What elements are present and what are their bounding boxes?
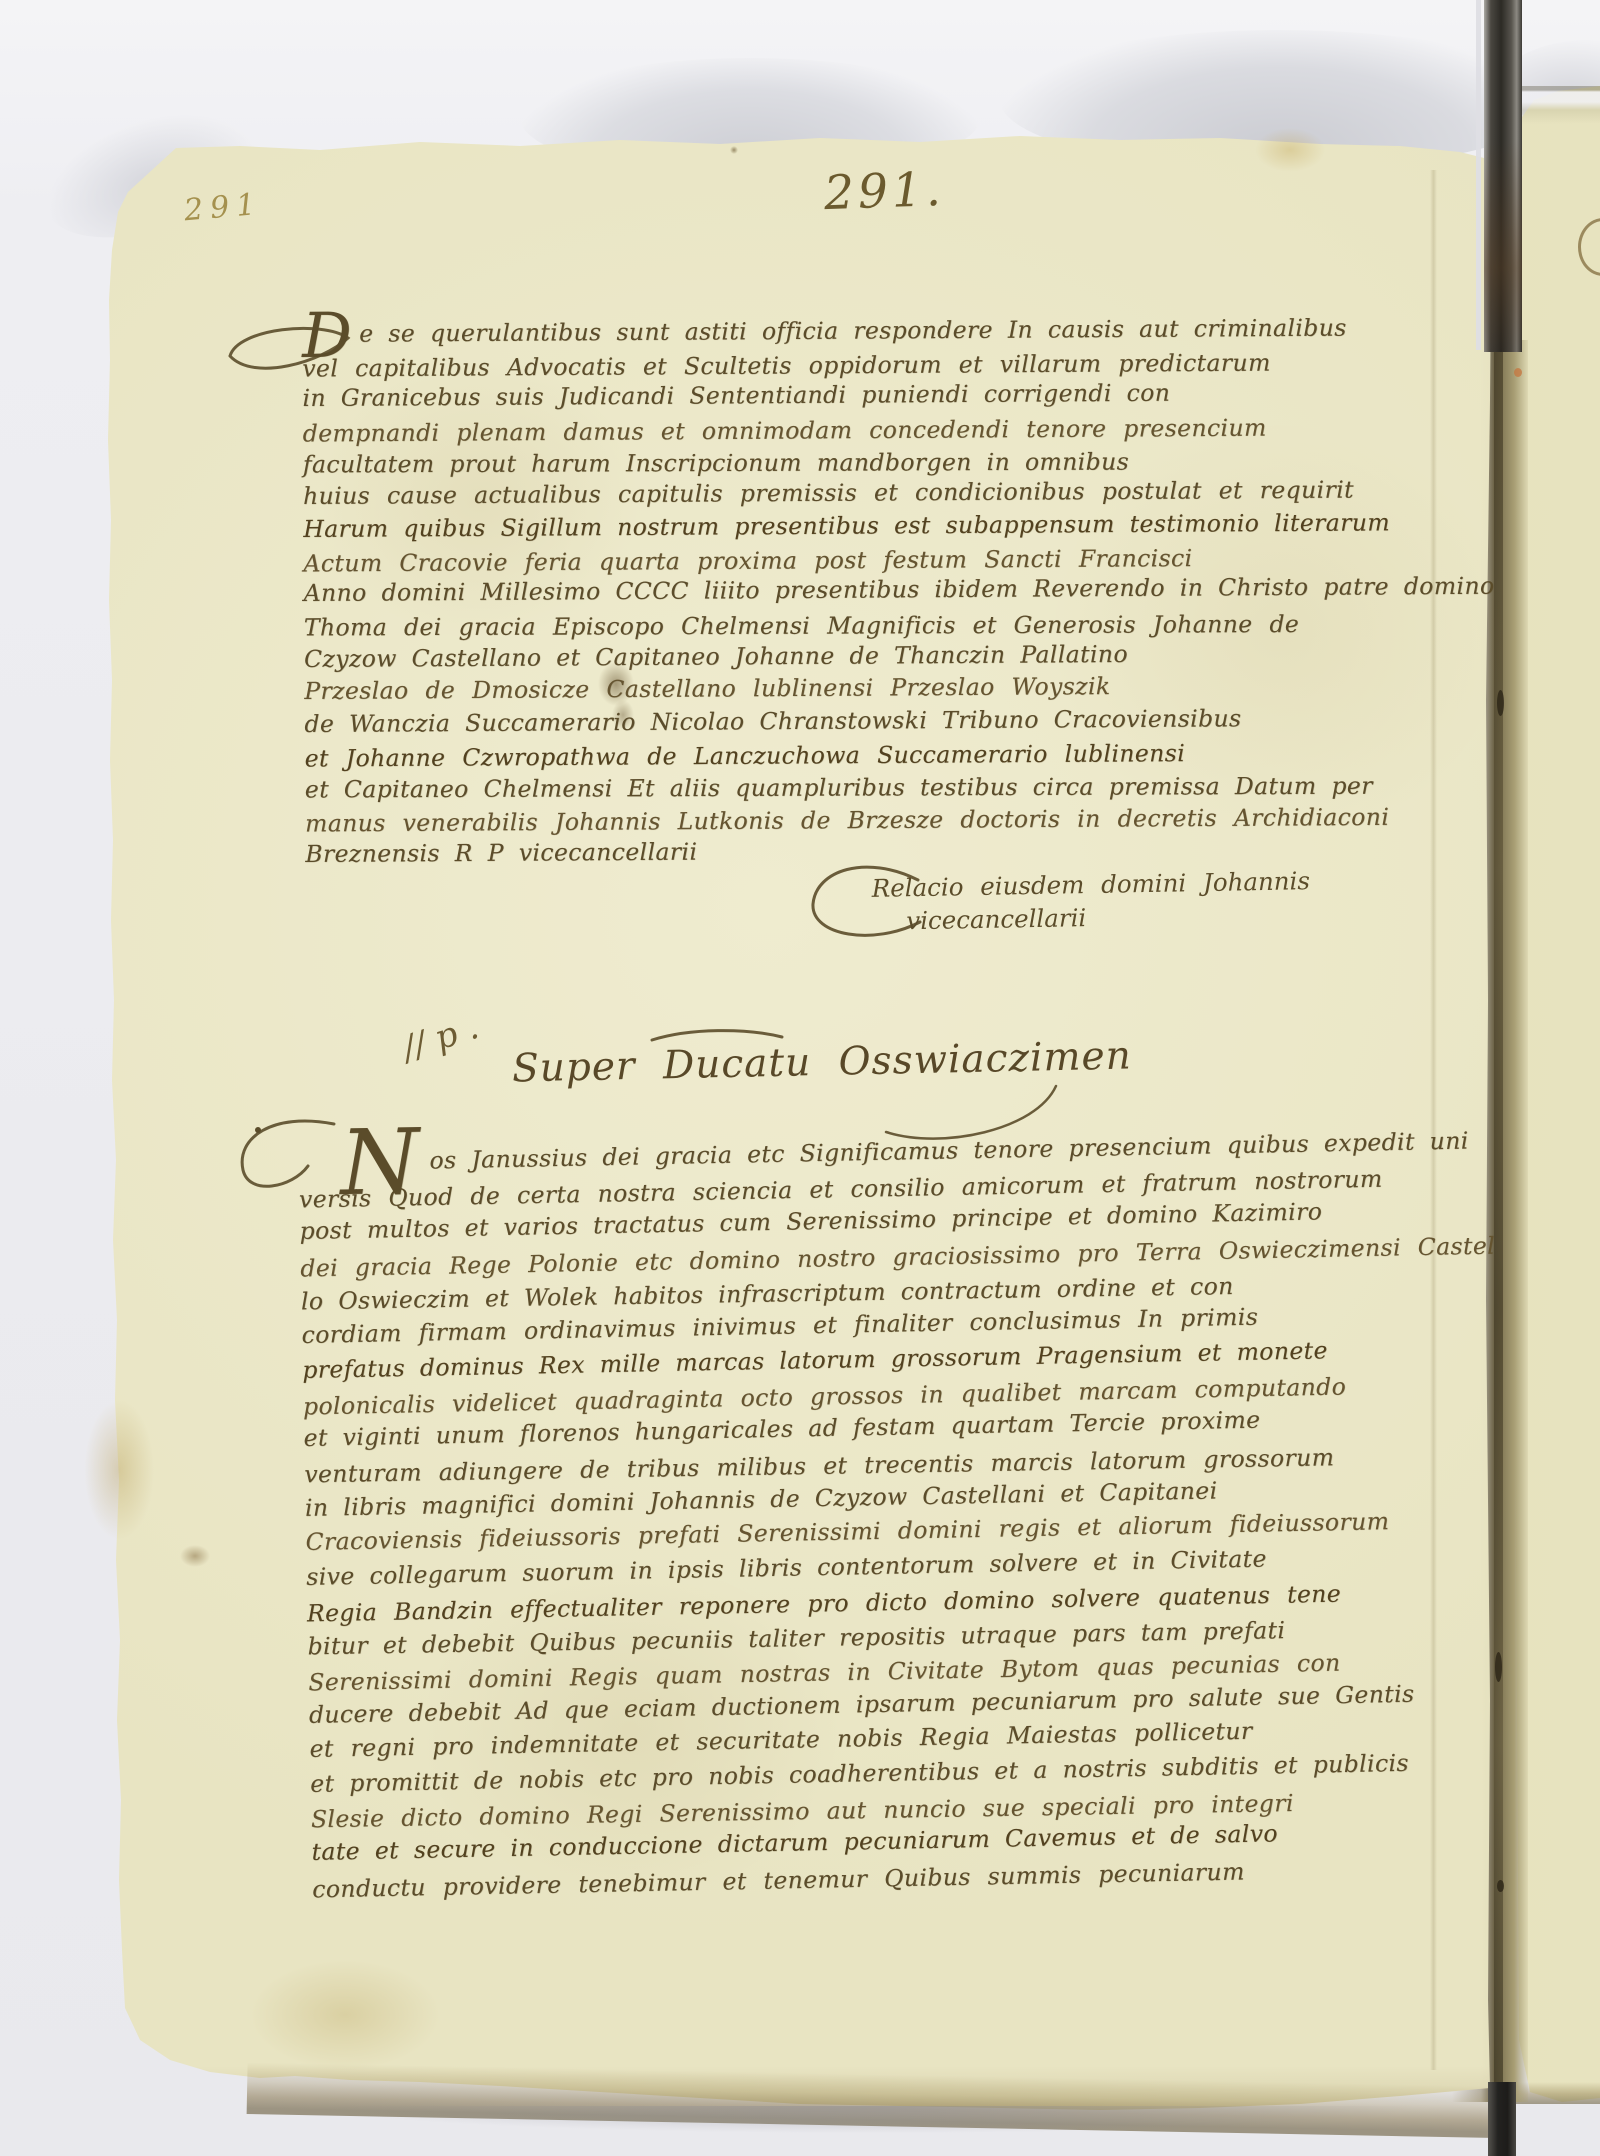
- folio-number-corner: 291: [183, 187, 264, 229]
- page-speck: [180, 1545, 210, 1567]
- page-stain: [1255, 128, 1325, 172]
- entry-2-text: Nos Janussius dei gracia etc Significamu…: [298, 1123, 1507, 1905]
- page-speck: [730, 146, 738, 154]
- binding-rod-top: [1484, 0, 1522, 352]
- manuscript-line: Thoma dei gracia Episcopo Chelmensi Magn…: [304, 607, 1495, 644]
- pen-flourish-signature: [806, 858, 936, 954]
- signature-line: Relacio eiusdem domini Johannis: [871, 862, 1310, 907]
- manuscript-line: dempnandi plenam damus et omnimodam conc…: [303, 410, 1494, 450]
- facing-page-top-edge: [1516, 86, 1600, 126]
- manuscript-line: et Johanne Czwropathwa de Lanczuchowa Su…: [305, 735, 1496, 775]
- entry-1-text: De se querulantibus sunt astiti officia …: [302, 311, 1496, 871]
- rust-speck: [1514, 368, 1522, 377]
- manuscript-line: De se querulantibus sunt astiti officia …: [302, 311, 1493, 351]
- page-stain: [84, 1400, 154, 1540]
- pen-flourish-heading-overline: [648, 1028, 788, 1044]
- signature-block: Relacio eiusdem domini Johannis vicecanc…: [871, 862, 1310, 936]
- facing-page-bottom-edge: [1516, 2082, 1600, 2104]
- manuscript-line: Harum quibus Sigillum nostrum presentibu…: [303, 506, 1494, 546]
- page-bottom-shadow: [250, 2106, 1490, 2140]
- manuscript-line: de Wanczia Succamerario Nicolao Chransto…: [304, 701, 1495, 741]
- manuscript-photo: 291 291. De se querulantibus sunt astiti…: [0, 0, 1600, 2156]
- plexi-edge: [1476, 0, 1481, 350]
- binding-rod-bottom: [1488, 2082, 1516, 2156]
- pen-flourish-initial-d: [224, 318, 364, 390]
- manuscript-line: Anno domini Millesimo CCCC liiito presen…: [304, 570, 1495, 610]
- manuscript-line: in Granicebus suis Judicandi Sententiand…: [302, 375, 1493, 415]
- folio-number-center: 291.: [823, 162, 946, 221]
